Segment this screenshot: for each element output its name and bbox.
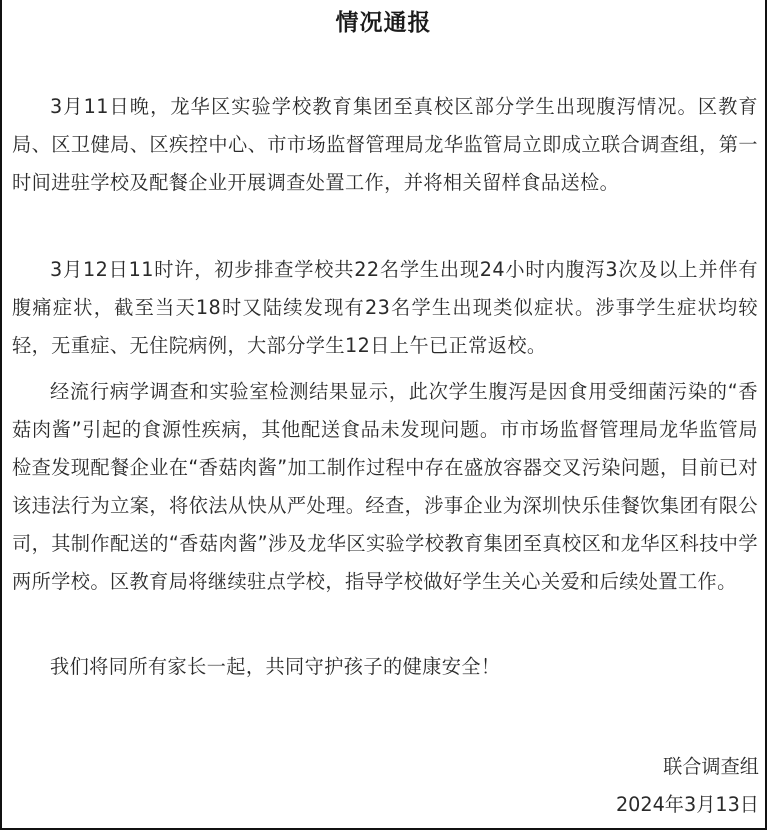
signature-date: 2024年3月13日 xyxy=(616,790,759,817)
paragraph-investigation: 经流行病学调查和实验室检测结果显示，此次学生腹泻是因食用受细菌污染的“香菇肉酱”… xyxy=(12,373,758,601)
signature-organization: 联合调查组 xyxy=(663,752,759,779)
paragraph-incident: 3月11日晚，龙华区实验学校教育集团至真校区部分学生出现腹泻情况。区教育局、区卫… xyxy=(12,88,758,202)
notice-document: 情况通报 3月11日晚，龙华区实验学校教育集团至真校区部分学生出现腹泻情况。区教… xyxy=(0,0,767,830)
paragraph-screening: 3月12日11时许，初步排查学校共22名学生出现24小时内腹泻3次及以上并伴有腹… xyxy=(12,251,758,365)
paragraph-closing: 我们将同所有家长一起，共同守护孩子的健康安全！ xyxy=(12,648,758,686)
document-title: 情况通报 xyxy=(2,4,765,37)
